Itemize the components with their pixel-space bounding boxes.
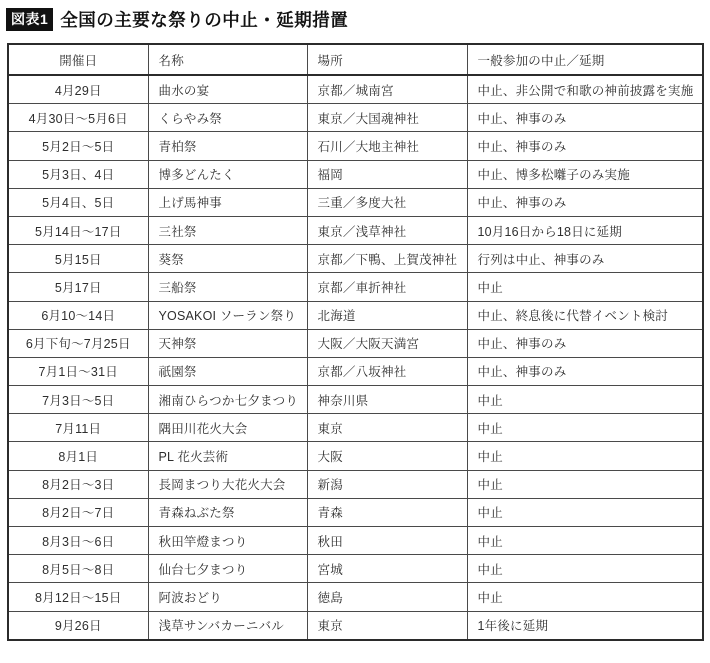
table-row: 5月4日、5日上げ馬神事三重／多度大社中止、神事のみ <box>8 188 703 216</box>
table-cell: 三社祭 <box>148 216 307 244</box>
table-cell: 中止 <box>467 498 703 526</box>
table-cell: 5月2日～5日 <box>8 132 148 160</box>
table-row: 4月29日曲水の宴京都／城南宮中止、非公開で和歌の神前披露を実施 <box>8 75 703 104</box>
table-cell: 中止、博多松囃子のみ実施 <box>467 160 703 188</box>
table-cell: 8月1日 <box>8 442 148 470</box>
table-row: 7月3日～5日湘南ひらつか七夕まつり神奈川県中止 <box>8 386 703 414</box>
table-cell: 湘南ひらつか七夕まつり <box>148 386 307 414</box>
table-cell: 中止、神事のみ <box>467 357 703 385</box>
table-row: 9月26日浅草サンバカーニバル東京1年後に延期 <box>8 611 703 640</box>
table-cell: 10月16日から18日に延期 <box>467 216 703 244</box>
table-cell: 仙台七夕まつり <box>148 555 307 583</box>
table-cell: 天神祭 <box>148 329 307 357</box>
table-cell: 中止 <box>467 386 703 414</box>
table-cell: 大阪 <box>307 442 467 470</box>
table-cell: 中止、神事のみ <box>467 132 703 160</box>
table-cell: 5月17日 <box>8 273 148 301</box>
table-cell: 中止、神事のみ <box>467 329 703 357</box>
figure-page: 図表1 全国の主要な祭りの中止・延期措置 開催日名称場所一般参加の中止／延期4月… <box>0 0 710 663</box>
table-cell: 6月10～14日 <box>8 301 148 329</box>
table-cell: 北海道 <box>307 301 467 329</box>
table-cell: 5月15日 <box>8 245 148 273</box>
table-cell: 神奈川県 <box>307 386 467 414</box>
table-row: 5月14日～17日三社祭東京／浅草神社10月16日から18日に延期 <box>8 216 703 244</box>
table-row: 6月10～14日YOSAKOI ソーラン祭り北海道中止、終息後に代替イベント検討 <box>8 301 703 329</box>
table-cell: 6月下旬～7月25日 <box>8 329 148 357</box>
table-cell: 隅田川花火大会 <box>148 414 307 442</box>
table-cell: 7月1日～31日 <box>8 357 148 385</box>
table-cell: 京都／下鴨、上賀茂神社 <box>307 245 467 273</box>
table-row: 8月5日～8日仙台七夕まつり宮城中止 <box>8 555 703 583</box>
table-cell: 8月2日～7日 <box>8 498 148 526</box>
table-cell: 中止 <box>467 273 703 301</box>
table-cell: 大阪／大阪天満宮 <box>307 329 467 357</box>
table-row: 8月2日～3日長岡まつり大花火大会新潟中止 <box>8 470 703 498</box>
column-header: 場所 <box>307 44 467 75</box>
table-cell: 青森ねぶた祭 <box>148 498 307 526</box>
table-cell: 5月14日～17日 <box>8 216 148 244</box>
table-cell: 1年後に延期 <box>467 611 703 640</box>
table-cell: 秋田竿燈まつり <box>148 527 307 555</box>
table-cell: 新潟 <box>307 470 467 498</box>
table-row: 4月30日～5月6日くらやみ祭東京／大国魂神社中止、神事のみ <box>8 104 703 132</box>
table-cell: 9月26日 <box>8 611 148 640</box>
table-cell: 三重／多度大社 <box>307 188 467 216</box>
table-row: 5月2日～5日青柏祭石川／大地主神社中止、神事のみ <box>8 132 703 160</box>
table-row: 8月2日～7日青森ねぶた祭青森中止 <box>8 498 703 526</box>
table-row: 7月11日隅田川花火大会東京中止 <box>8 414 703 442</box>
table-cell: 中止 <box>467 527 703 555</box>
table-cell: 福岡 <box>307 160 467 188</box>
table-cell: 青森 <box>307 498 467 526</box>
table-cell: 秋田 <box>307 527 467 555</box>
table-cell: 三船祭 <box>148 273 307 301</box>
table-cell: 8月12日～15日 <box>8 583 148 611</box>
table-cell: 祇園祭 <box>148 357 307 385</box>
table-cell: 中止 <box>467 555 703 583</box>
table-cell: 中止 <box>467 583 703 611</box>
table-cell: 宮城 <box>307 555 467 583</box>
table-cell: 中止 <box>467 414 703 442</box>
table-cell: 浅草サンバカーニバル <box>148 611 307 640</box>
column-header: 開催日 <box>8 44 148 75</box>
table-row: 8月1日PL 花火芸術大阪中止 <box>8 442 703 470</box>
table-cell: 7月11日 <box>8 414 148 442</box>
table-cell: 5月3日、4日 <box>8 160 148 188</box>
table-row: 8月12日～15日阿波おどり徳島中止 <box>8 583 703 611</box>
table-row: 6月下旬～7月25日天神祭大阪／大阪天満宮中止、神事のみ <box>8 329 703 357</box>
table-row: 8月3日～6日秋田竿燈まつり秋田中止 <box>8 527 703 555</box>
table-cell: 葵祭 <box>148 245 307 273</box>
table-cell: 8月3日～6日 <box>8 527 148 555</box>
table-row: 5月17日三船祭京都／車折神社中止 <box>8 273 703 301</box>
table-cell: 京都／車折神社 <box>307 273 467 301</box>
figure-title-text: 全国の主要な祭りの中止・延期措置 <box>60 7 348 32</box>
table-cell: くらやみ祭 <box>148 104 307 132</box>
table-cell: 青柏祭 <box>148 132 307 160</box>
table-cell: 東京 <box>307 414 467 442</box>
table-row: 7月1日～31日祇園祭京都／八坂神社中止、神事のみ <box>8 357 703 385</box>
table-cell: 博多どんたく <box>148 160 307 188</box>
header-row: 開催日名称場所一般参加の中止／延期 <box>8 44 703 75</box>
table-cell: 5月4日、5日 <box>8 188 148 216</box>
table-cell: 徳島 <box>307 583 467 611</box>
column-header: 名称 <box>148 44 307 75</box>
table-cell: 東京／大国魂神社 <box>307 104 467 132</box>
table-cell: 中止、終息後に代替イベント検討 <box>467 301 703 329</box>
table-cell: 曲水の宴 <box>148 75 307 104</box>
table-cell: PL 花火芸術 <box>148 442 307 470</box>
column-header: 一般参加の中止／延期 <box>467 44 703 75</box>
table-cell: 4月30日～5月6日 <box>8 104 148 132</box>
table-cell: 中止、非公開で和歌の神前披露を実施 <box>467 75 703 104</box>
table-cell: 上げ馬神事 <box>148 188 307 216</box>
table-cell: 石川／大地主神社 <box>307 132 467 160</box>
table-row: 5月3日、4日博多どんたく福岡中止、博多松囃子のみ実施 <box>8 160 703 188</box>
table-cell: 京都／八坂神社 <box>307 357 467 385</box>
figure-title-row: 図表1 全国の主要な祭りの中止・延期措置 <box>6 6 710 32</box>
table-cell: 4月29日 <box>8 75 148 104</box>
table-cell: 行列は中止、神事のみ <box>467 245 703 273</box>
table-cell: 中止、神事のみ <box>467 188 703 216</box>
table-cell: YOSAKOI ソーラン祭り <box>148 301 307 329</box>
table-cell: 中止、神事のみ <box>467 104 703 132</box>
table-cell: 7月3日～5日 <box>8 386 148 414</box>
figure-number-badge: 図表1 <box>6 8 53 31</box>
table-cell: 8月5日～8日 <box>8 555 148 583</box>
table-row: 5月15日葵祭京都／下鴨、上賀茂神社行列は中止、神事のみ <box>8 245 703 273</box>
table-cell: 東京／浅草神社 <box>307 216 467 244</box>
festival-measures-table: 開催日名称場所一般参加の中止／延期4月29日曲水の宴京都／城南宮中止、非公開で和… <box>7 43 704 641</box>
table-cell: 東京 <box>307 611 467 640</box>
table-cell: 中止 <box>467 442 703 470</box>
table-cell: 長岡まつり大花火大会 <box>148 470 307 498</box>
table-cell: 阿波おどり <box>148 583 307 611</box>
table-cell: 中止 <box>467 470 703 498</box>
table-cell: 8月2日～3日 <box>8 470 148 498</box>
table-cell: 京都／城南宮 <box>307 75 467 104</box>
